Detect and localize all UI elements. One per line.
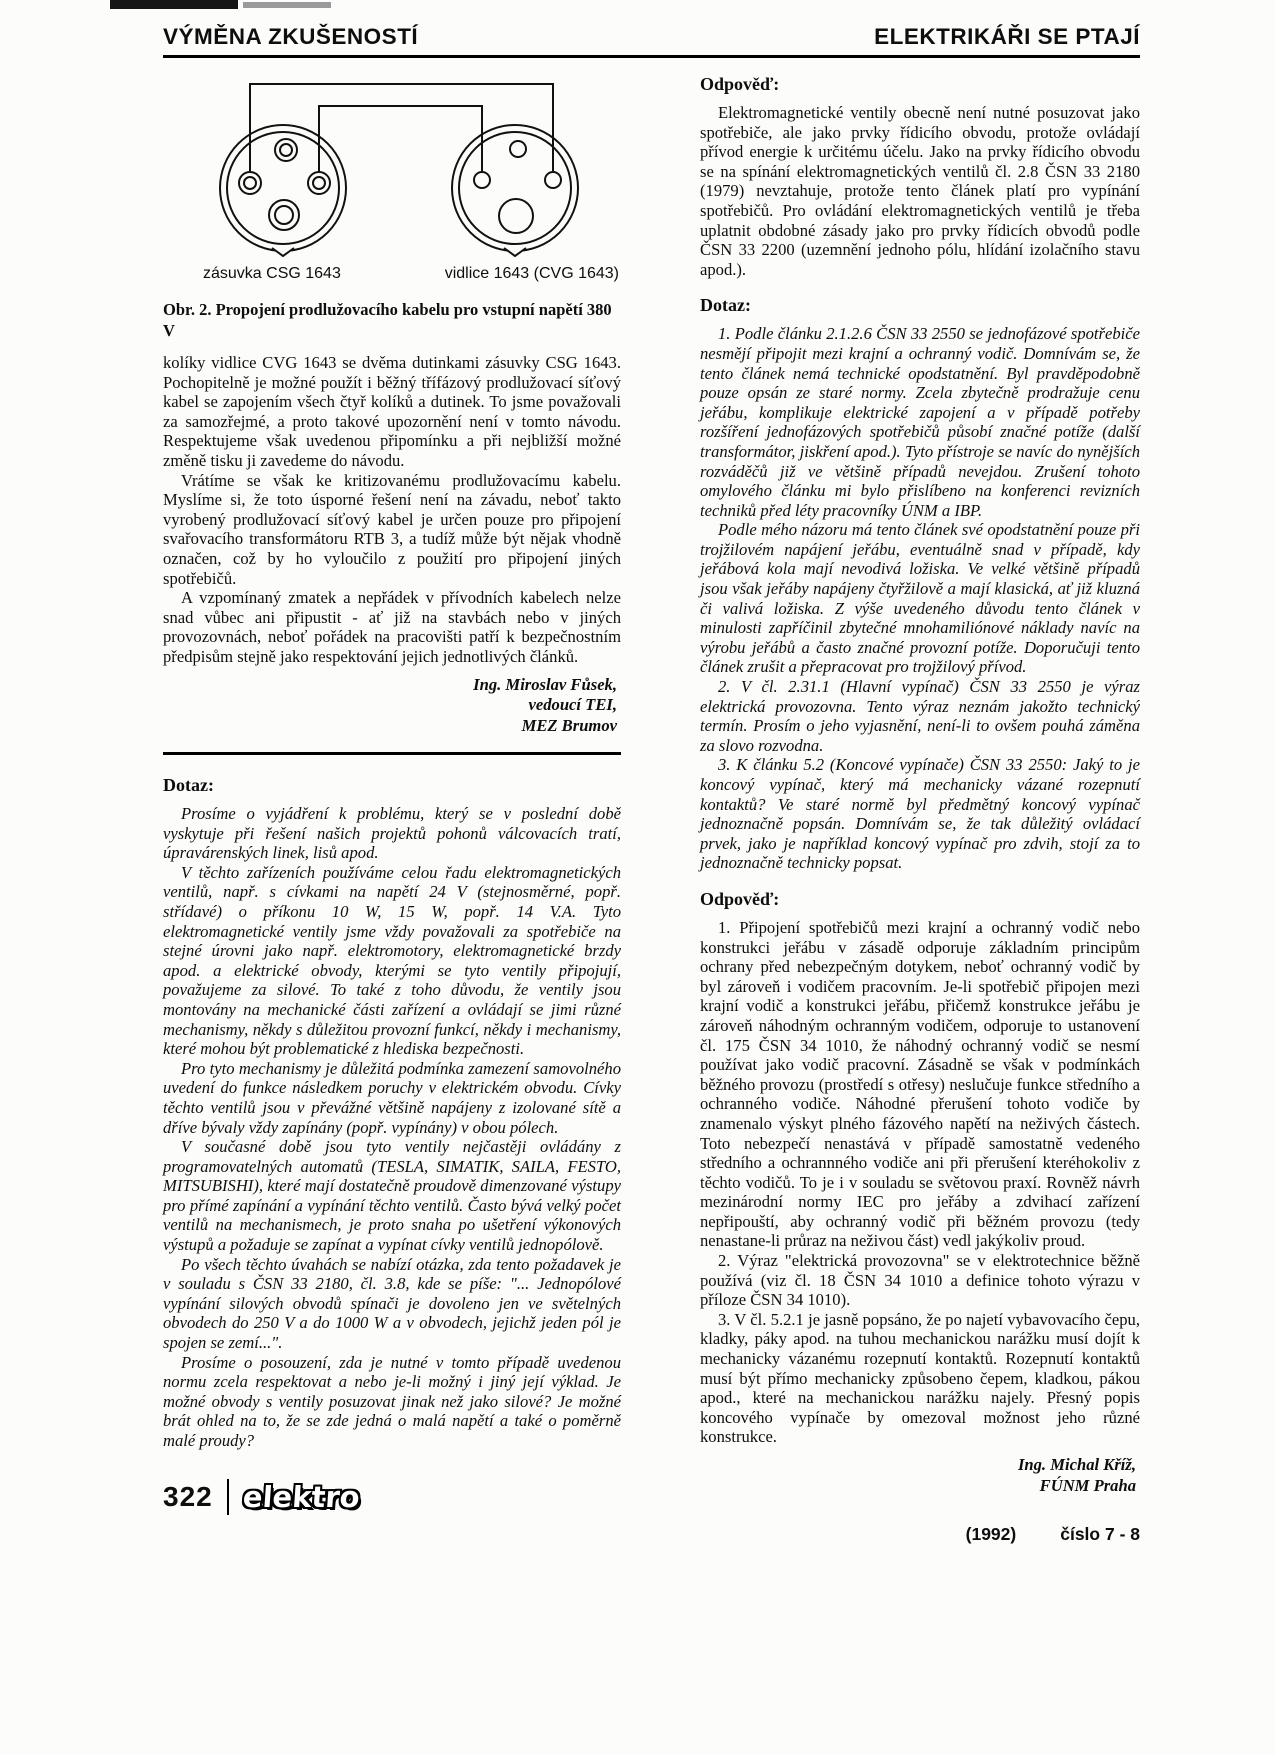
question-paragraph: Podle mého názoru má tento článek své op…	[700, 520, 1140, 677]
plug-cvg-1643-drawing	[452, 125, 578, 256]
signature-line: FÚNM Praha	[700, 1476, 1136, 1497]
question-paragraph: Pro tyto mechanismy je důležitá podmínka…	[163, 1059, 621, 1137]
wire-1	[250, 84, 553, 172]
figure-obr-2: zásuvka CSG 1643 vidlice 1643 (CVG 1643)…	[163, 76, 621, 353]
signature-line: vedoucí TEI,	[163, 695, 617, 716]
figure-label-socket: zásuvka CSG 1643	[203, 265, 341, 283]
author-signature: Ing. Miroslav Fůsek, vedoucí TEI, MEZ Br…	[163, 675, 621, 737]
odpoved-heading: Odpověď:	[700, 74, 1140, 95]
figure-label-plug: vidlice 1643 (CVG 1643)	[445, 265, 619, 283]
signature-line: Ing. Michal Kříž,	[700, 1455, 1136, 1476]
right-column: Odpověď: Elektromagnetické ventily obecn…	[700, 64, 1140, 1624]
page-footer-left: 322 elektro	[163, 1479, 621, 1553]
question-paragraph: Prosíme o vyjádření k problému, který se…	[163, 804, 621, 863]
question-paragraph: V těchto zařízeních používáme celou řadu…	[163, 863, 621, 1059]
dotaz-heading: Dotaz:	[163, 775, 621, 796]
author-signature: Ing. Michal Kříž, FÚNM Praha	[700, 1455, 1140, 1496]
answer-paragraph: Elektromagnetické ventily obecně není nu…	[700, 103, 1140, 279]
paragraph: Vrátíme se však ke kritizovanému prodluž…	[163, 471, 621, 589]
odpoved-heading: Odpověď:	[700, 889, 1140, 910]
section-divider	[163, 752, 621, 755]
answer-paragraph: 1. Připojení spotřebičů mezi krajní a oc…	[700, 918, 1140, 1251]
scan-artifact-bar	[243, 2, 331, 8]
section-title-right: ELEKTRIKÁŘI SE PTAJÍ	[874, 24, 1140, 50]
signature-line: MEZ Brumov	[163, 716, 617, 737]
question-paragraph: 1. Podle článku 2.1.2.6 ČSN 33 2550 se j…	[700, 324, 1140, 520]
question-paragraph: V současné době jsou tyto ventily nejčas…	[163, 1137, 621, 1255]
question-paragraph: 3. K článku 5.2 (Koncové vypínače) ČSN 3…	[700, 755, 1140, 873]
magazine-page: VÝMĚNA ZKUŠENOSTÍ ELEKTRIKÁŘI SE PTAJÍ	[0, 0, 1275, 1755]
footer-issue: číslo 7 - 8	[1060, 1524, 1140, 1545]
page-content: VÝMĚNA ZKUŠENOSTÍ ELEKTRIKÁŘI SE PTAJÍ	[163, 24, 1140, 1624]
footer-divider-bar	[227, 1479, 229, 1515]
page-header: VÝMĚNA ZKUŠENOSTÍ ELEKTRIKÁŘI SE PTAJÍ	[163, 24, 1140, 50]
question-paragraph: 2. V čl. 2.31.1 (Hlavní vypínač) ČSN 33 …	[700, 677, 1140, 755]
page-footer-right: (1992) číslo 7 - 8	[700, 1524, 1140, 1591]
signature-line: Ing. Miroslav Fůsek,	[163, 675, 617, 696]
answer-paragraph: 2. Výraz "elektrická provozovna" se v el…	[700, 1251, 1140, 1310]
question-paragraph: Prosíme o posouzení, zda je nutné v tomt…	[163, 1353, 621, 1451]
answer-paragraph: 3. V čl. 5.2.1 je jasně popsáno, že po n…	[700, 1310, 1140, 1447]
paragraph: A vzpomínaný zmatek a nepřádek v přívodn…	[163, 588, 621, 666]
paragraph: kolíky vidlice CVG 1643 se dvěma dutinka…	[163, 353, 621, 471]
scan-artifact-bar	[110, 0, 238, 9]
section-title-left: VÝMĚNA ZKUŠENOSTÍ	[163, 24, 418, 50]
elektro-logo: elektro	[242, 1480, 361, 1514]
figure-caption: Obr. 2. Propojení prodlužovacího kabelu …	[163, 299, 621, 341]
socket-csg-1643-drawing	[220, 125, 346, 256]
wiring-diagram	[163, 76, 621, 261]
header-rule	[163, 55, 1140, 58]
left-column: zásuvka CSG 1643 vidlice 1643 (CVG 1643)…	[163, 64, 621, 1624]
two-column-layout: zásuvka CSG 1643 vidlice 1643 (CVG 1643)…	[163, 64, 1140, 1624]
question-paragraph: Po všech těchto úvahách se nabízí otázka…	[163, 1255, 621, 1353]
page-number: 322	[163, 1481, 213, 1513]
dotaz-heading: Dotaz:	[700, 295, 1140, 316]
footer-year: (1992)	[966, 1524, 1017, 1545]
figure-labels: zásuvka CSG 1643 vidlice 1643 (CVG 1643)	[163, 265, 621, 283]
